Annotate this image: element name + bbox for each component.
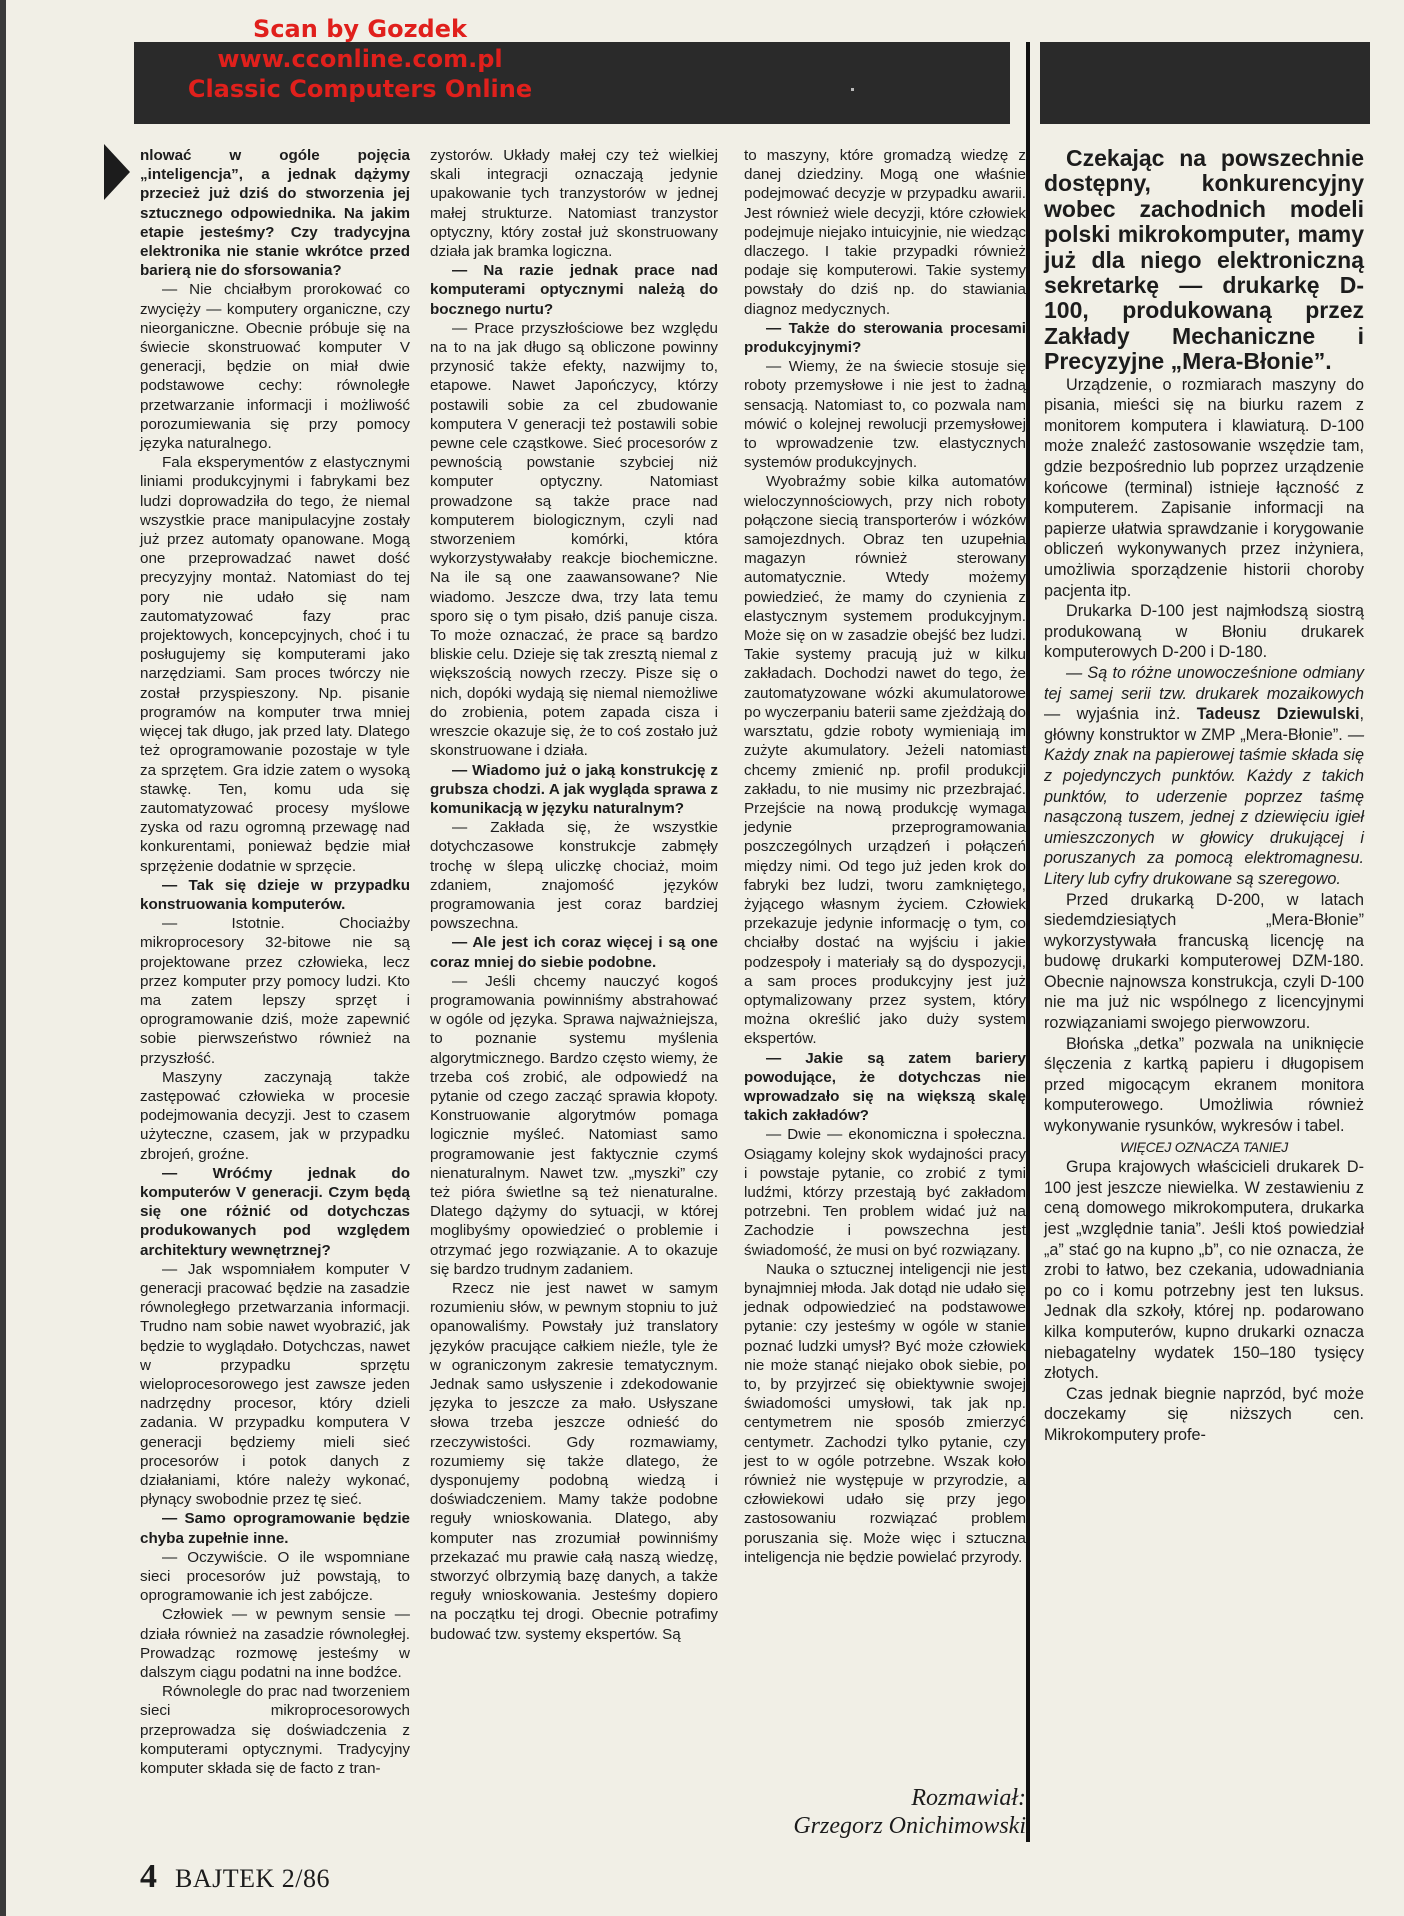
- paragraph: Człowiek — w pewnym sensie — działa równ…: [140, 1605, 410, 1682]
- paragraph: Przed drukarką D-200, w latach siedemdzi…: [1044, 890, 1364, 1034]
- paragraph: Czas jednak biegnie naprzód, być może do…: [1044, 1384, 1364, 1446]
- quote-paragraph: — Są to różne unowocześnione odmiany tej…: [1044, 663, 1364, 890]
- quote-text: — Każdy znak na papierowej taśmie składa…: [1044, 726, 1364, 888]
- paragraph: Nauka o sztucznej inteligencji nie jest …: [744, 1260, 1026, 1567]
- paragraph: Rzecz nie jest nawet w samym rozumieniu …: [430, 1279, 718, 1644]
- page-number: 4: [140, 1858, 157, 1895]
- sidebar-lead: Czekając na powszechnie dostępny, konkur…: [1044, 146, 1364, 375]
- paragraph: — Jak wspomniałem komputer V generacji p…: [140, 1260, 410, 1510]
- interview-question: — Na razie jednak prace nad komputerami …: [430, 261, 718, 319]
- interview-question: — Jakie są zatem bariery powodujące, że …: [744, 1049, 1026, 1126]
- paragraph: — Dwie — ekonomiczna i społeczna. Osiąga…: [744, 1125, 1026, 1259]
- section-subheading: WIĘCEJ OZNACZA TANIEJ: [1044, 1137, 1364, 1158]
- continuation-arrow-icon: [104, 144, 130, 200]
- scan-speck: [851, 88, 854, 91]
- watermark-line: Scan by Gozdek: [150, 14, 570, 44]
- paragraph: — Wiemy, że na świecie stosuje się robot…: [744, 357, 1026, 472]
- watermark-line: Classic Computers Online: [150, 74, 570, 104]
- person-name: Tadeusz Dziewulski: [1197, 705, 1360, 723]
- article-column-2: zystorów. Układy małej czy też wielkiej …: [430, 146, 718, 1644]
- sidebar-article: Czekając na powszechnie dostępny, konkur…: [1044, 146, 1364, 1446]
- paragraph: Urządzenie, o rozmiarach maszyny do pisa…: [1044, 375, 1364, 602]
- paragraph: Wyobraźmy sobie kilka automatów wieloczy…: [744, 472, 1026, 1048]
- interview-question: — Wróćmy jednak do komputerów V generacj…: [140, 1164, 410, 1260]
- paragraph: Drukarka D-100 jest najmłodszą siostrą p…: [1044, 601, 1364, 663]
- paragraph: — Istotnie. Chociażby mikroprocesory 32-…: [140, 914, 410, 1068]
- interview-question: nlować w ogóle pojęcia „inteligencja”, a…: [140, 146, 410, 280]
- paragraph: — Jeśli chcemy nauczyć kogoś programowan…: [430, 972, 718, 1279]
- signature-name: Grzegorz Onichimowski: [744, 1812, 1026, 1840]
- signature-label: Rozmawiał:: [744, 1784, 1026, 1812]
- paragraph: — Prace przyszłościowe bez względu na to…: [430, 319, 718, 761]
- interviewer-signature: Rozmawiał: Grzegorz Onichimowski: [744, 1784, 1026, 1840]
- paragraph: to maszyny, które gromadzą wiedzę z dane…: [744, 146, 1026, 319]
- page-footer: 4 BAJTEK 2/86: [140, 1858, 330, 1896]
- paragraph: Maszyny zaczynają także zastępować człow…: [140, 1068, 410, 1164]
- page-edge: [0, 0, 6, 1916]
- paragraph: Fala eksperymentów z elastycznymi liniam…: [140, 453, 410, 875]
- column-divider: [1026, 42, 1030, 1842]
- article-column-1: nlować w ogóle pojęcia „inteligencja”, a…: [140, 146, 410, 1778]
- paragraph: — Nie chciałbym prorokować co zwycięży —…: [140, 280, 410, 453]
- scan-watermark: Scan by Gozdek www.cconline.com.pl Class…: [150, 14, 570, 104]
- attribution-text: — wyjaśnia inż.: [1044, 705, 1197, 723]
- watermark-url: www.cconline.com.pl: [150, 44, 570, 74]
- paragraph: Równolegle do prac nad tworzeniem sieci …: [140, 1682, 410, 1778]
- magazine-issue: BAJTEK 2/86: [175, 1864, 330, 1893]
- article-column-3: to maszyny, które gromadzą wiedzę z dane…: [744, 146, 1026, 1567]
- paragraph: — Oczywiście. O ile wspomniane sieci pro…: [140, 1548, 410, 1606]
- paragraph: zystorów. Układy małej czy też wielkiej …: [430, 146, 718, 261]
- paragraph: — Zakłada się, że wszystkie dotychczasow…: [430, 818, 718, 933]
- quote-text: — Są to różne unowocześnione odmiany tej…: [1044, 664, 1364, 703]
- sidebar-header-banner: [1040, 42, 1370, 124]
- interview-question: — Samo oprogramowanie będzie chyba zupeł…: [140, 1509, 410, 1547]
- interview-question: — Także do sterowania procesami produkcy…: [744, 319, 1026, 357]
- paragraph: Błońska „detka” pozwala na uniknięcie śl…: [1044, 1034, 1364, 1137]
- paragraph: Grupa krajowych właścicieli drukarek D-1…: [1044, 1157, 1364, 1384]
- interview-question: — Ale jest ich coraz więcej i są one cor…: [430, 933, 718, 971]
- interview-question: — Tak się dzieje w przypadku konstruowan…: [140, 876, 410, 914]
- interview-question: — Wiadomo już o jaką konstrukcję z grubs…: [430, 761, 718, 819]
